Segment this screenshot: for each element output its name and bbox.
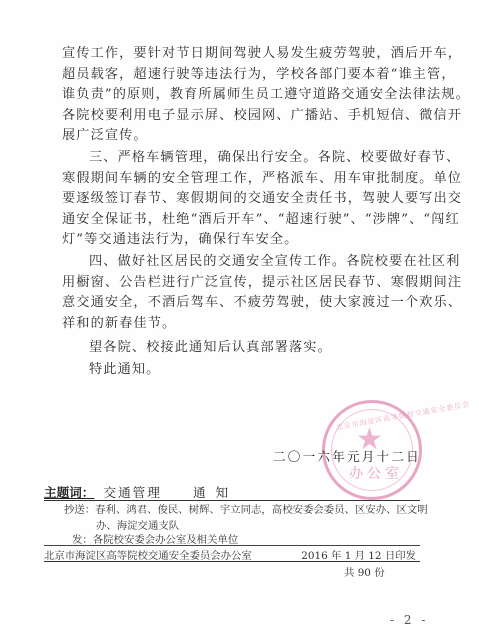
text-line: 通安全保证书，杜绝“酒后开车”、“超速行驶”、“涉牌”、“闯红	[62, 210, 418, 231]
printer-row: 北京市海淀区高等院校交通安全委员会办公室 2016 年 1 月 12 日印发	[44, 547, 420, 562]
document-page: 宣传工作，要针对节日期间驾驶人易发生疲劳驾驶，酒后开车， 超员载客，超速行驶等违…	[0, 0, 480, 640]
text-line: 望各院、校接此通知后认真部署落实。	[62, 338, 418, 359]
distribution-row: 发：各院校安委会办公室及相关单位	[44, 531, 420, 546]
text-line: 用橱窗、公告栏进行广泛宣传，提示社区居民春节、寒假期间注	[62, 273, 418, 294]
text-line: 灯”等交通违法行为，确保行车安全。	[62, 230, 418, 251]
text-line: 特此通知。	[62, 360, 418, 381]
subject-keyword: 交通管理	[103, 482, 161, 501]
cc-row: 抄送：春利、鸿君、俊民、树辉、宇立同志，高校安委会委员、区安办、区文明	[64, 503, 428, 518]
subject-keyword: 通知	[193, 482, 238, 501]
paragraph-closing: 特此通知。	[62, 360, 418, 381]
cc-recipients: 春利、鸿君、俊民、树辉、宇立同志，高校安委会委员、区安办、区文明	[95, 504, 428, 516]
text-line: 谁负责”的原则，教育所属师生员工遵守道路交通安全法律法规。	[62, 85, 418, 106]
seal-text: 办公室	[349, 463, 403, 483]
paragraph-community-safety: 四、做好社区居民的交通安全宣传工作。各院校要在社区利 用橱窗、公告栏进行广泛宣传…	[62, 252, 418, 334]
distribution-label: 发：	[72, 534, 93, 546]
document-date: 二〇一六年元月十二日	[273, 446, 421, 465]
subject-keywords-row: 主题词： 交通管理 通知	[44, 482, 420, 501]
paragraph-vehicle-management: 三、严格车辆管理，确保出行安全。各院、校要做好春节、 寒假期间车辆的安全管理工作…	[62, 148, 418, 251]
issuing-office: 北京市海淀区高等院校交通安全委员会办公室	[44, 547, 252, 562]
text-line: 祥和的新春佳节。	[62, 314, 418, 335]
copy-count: 共 90 份	[344, 564, 385, 579]
text-line: 超员载客，超速行驶等违法行为，学校各部门要本着“谁主管，	[62, 65, 418, 86]
text-line: 寒假期间车辆的安全管理工作，严格派车、用车审批制度。单位	[62, 169, 418, 190]
subject-keywords-label: 主题词：	[44, 482, 94, 501]
distribution-recipients: 各院校安委会办公室及相关单位	[93, 534, 238, 546]
text-line: 要逐级签订春节、寒假期间的交通安全责任书，驾驶人要写出交	[62, 189, 418, 210]
text-line: 宣传工作，要针对节日期间驾驶人易发生疲劳驾驶，酒后开车，	[62, 44, 418, 65]
page-number: - 2 -	[390, 613, 428, 627]
paragraph-implementation: 望各院、校接此通知后认真部署落实。	[62, 338, 418, 359]
paragraph-publicity: 宣传工作，要针对节日期间驾驶人易发生疲劳驾驶，酒后开车， 超员载客，超速行驶等违…	[62, 44, 418, 147]
text-line: 三、严格车辆管理，确保出行安全。各院、校要做好春节、	[62, 148, 418, 169]
text-line: 展广泛宣传。	[62, 126, 418, 147]
cc-label: 抄送：	[64, 504, 95, 516]
cc-recipients-continued: 办、海淀交通支队	[96, 517, 179, 532]
text-line: 各院校要利用电子显示屏、校园网、广播站、手机短信、微信开	[62, 106, 418, 127]
text-line: 意交通安全，不酒后驾车、不疲劳驾驶，使大家渡过一个欢乐、	[62, 293, 418, 314]
print-date: 2016 年 1 月 12 日印发	[301, 547, 416, 562]
text-line: 四、做好社区居民的交通安全宣传工作。各院校要在社区利	[62, 252, 418, 273]
